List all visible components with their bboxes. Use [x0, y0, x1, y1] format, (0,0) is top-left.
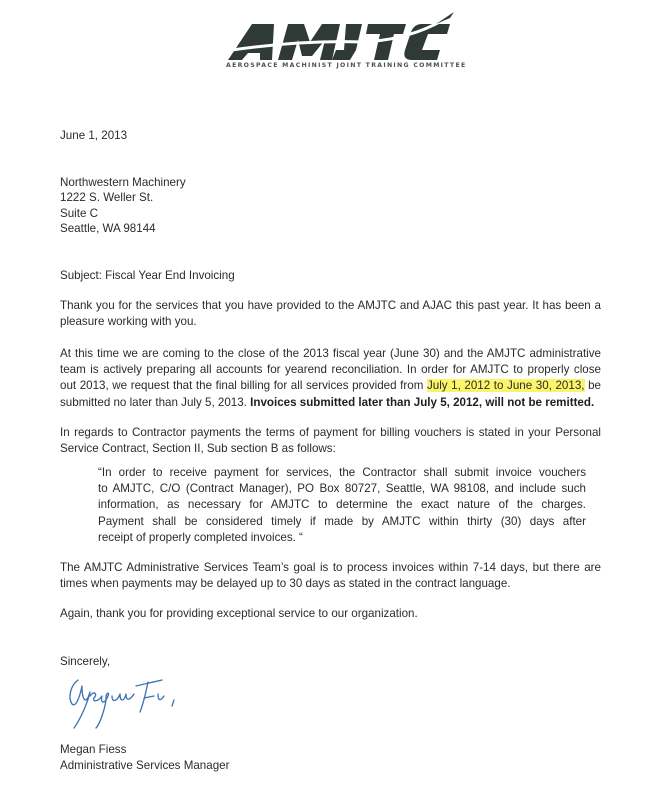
- paragraph-line: pleasure working with you.: [60, 314, 601, 330]
- paragraph-thanks: Thank you for the services that you have…: [60, 298, 601, 330]
- quote-line: receipt of properly completed invoices. …: [98, 530, 586, 546]
- text-run: be: [585, 379, 601, 392]
- closing-salutation: Sincerely,: [60, 654, 110, 669]
- letter-page: AEROSPACE MACHINIST JOINT TRAINING COMMI…: [0, 0, 666, 792]
- signature-icon: [64, 672, 194, 732]
- paragraph-line: At this time we are coming to the close …: [60, 346, 601, 362]
- contract-quote: “In order to receive payment for service…: [98, 465, 586, 546]
- paragraph-line: submitted no later than July 5, 2013. In…: [60, 395, 601, 411]
- paragraph-line: Thank you for the services that you have…: [60, 298, 601, 314]
- quote-line: “In order to receive payment for service…: [98, 465, 586, 481]
- paragraph-closing-thanks: Again, thank you for providing exception…: [60, 606, 418, 621]
- paragraph-fiscal-close: At this time we are coming to the close …: [60, 346, 601, 411]
- subject-line: Subject: Fiscal Year End Invoicing: [60, 268, 235, 283]
- recipient-city: Seattle, WA 98144: [60, 221, 156, 236]
- handwritten-signature: [64, 672, 194, 732]
- letter-date: June 1, 2013: [60, 128, 127, 143]
- paragraph-line: times when payments may be delayed up to…: [60, 576, 601, 592]
- amjtc-wordmark-icon: [222, 10, 462, 66]
- text-run: out 2013, we request that the final bill…: [60, 379, 427, 392]
- paragraph-line: The AMJTC Administrative Services Team’s…: [60, 560, 601, 576]
- text-run: submitted no later than July 5, 2013.: [60, 396, 250, 409]
- quote-line: information, as necessary for AMJTC to d…: [98, 497, 586, 513]
- recipient-street: 1222 S. Weller St.: [60, 190, 153, 205]
- paragraph-line: team is actively preparing all accounts …: [60, 362, 601, 378]
- paragraph-line: In regards to Contractor payments the te…: [60, 425, 601, 441]
- paragraph-processing-goal: The AMJTC Administrative Services Team’s…: [60, 560, 601, 592]
- signer-name: Megan Fiess: [60, 742, 126, 757]
- bold-warning: Invoices submitted later than July 5, 20…: [250, 396, 594, 409]
- recipient-suite: Suite C: [60, 206, 98, 221]
- paragraph-line: out 2013, we request that the final bill…: [60, 378, 601, 394]
- recipient-name: Northwestern Machinery: [60, 175, 186, 190]
- paragraph-payment-terms: In regards to Contractor payments the te…: [60, 425, 601, 457]
- paragraph-line: Service Contract, Section II, Sub sectio…: [60, 441, 601, 457]
- highlighted-date-range: July 1, 2012 to June 30, 2013,: [427, 379, 585, 392]
- quote-line: Payment shall be considered timely if ma…: [98, 514, 586, 530]
- quote-line: to AMJTC, C/O (Contract Manager), PO Box…: [98, 481, 586, 497]
- logo-tagline: AEROSPACE MACHINIST JOINT TRAINING COMMI…: [226, 62, 467, 69]
- signer-title: Administrative Services Manager: [60, 758, 229, 773]
